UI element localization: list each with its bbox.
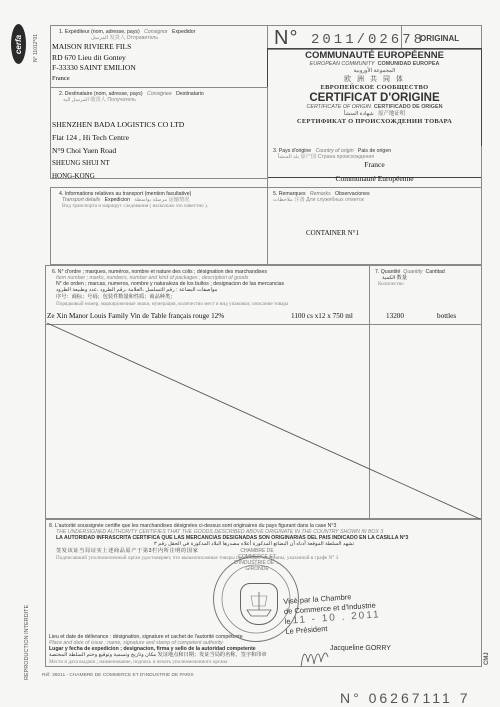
footer-serial: N° 06267111 7	[340, 690, 471, 706]
place-date-other: مكان وتاريخ وتسمية وتوقيع وختم السلطة ال…	[49, 652, 267, 658]
consignor-line: RD 670 Lieu dit Gontey	[52, 53, 136, 64]
box-transport: 4. Informations relatives au transport (…	[50, 187, 268, 265]
cert-title-fr: CERTIFICAT D'ORIGINE	[268, 92, 481, 104]
cerfa-number: N° 11012*01	[33, 34, 39, 62]
community-zh: 欧 洲 共 同 体	[268, 75, 481, 84]
consignee-label-es: Destinatario	[176, 91, 204, 97]
community-en: EUROPEAN COMMUNITY	[310, 61, 375, 67]
cancel-line	[45, 322, 485, 522]
origin-country: France	[268, 160, 481, 171]
community-es: COMUNIDAD EUROPEA	[378, 61, 440, 67]
consignee-line: HONG-KONG	[52, 170, 184, 183]
consignor-line: F-33330 SAINT EMILION	[52, 63, 136, 74]
quantity-unit: bottles	[437, 311, 456, 322]
transport-label-ru: Вид транспорта и маршрут следования ( на…	[62, 203, 208, 209]
remarks-label-other: ملاحظات 注备 Для служебных отметок	[273, 197, 364, 203]
cerfa-logo: cerfa	[11, 24, 26, 64]
stamp-text: CHAMBRE DE COMMERCE ET D'INDUSTRIE DE ..…	[227, 548, 287, 572]
community-ru: ЕВРОПЕЙСКОЕ СООБЩЕСТВО	[268, 84, 481, 92]
cerfa-logo-text: cerfa	[14, 34, 23, 53]
cert-title-zh: 原产地证明	[378, 111, 405, 117]
consignor-label-other: المرسل 发货人 Отправитель	[91, 35, 158, 41]
signatory-name: Jacqueline GORRY	[330, 645, 391, 652]
consignee-label-other: المرسل اليه 收货人 Получатель	[63, 97, 136, 103]
cert-number-prefix: N°	[274, 27, 298, 50]
signature-scribble	[298, 642, 333, 672]
coat-of-arms-icon	[240, 583, 278, 625]
goods-description: Ze Xin Manor Louis Family Vin de Table f…	[47, 311, 224, 322]
consignee-line: SHEUNG SHUI NT	[52, 157, 184, 170]
cert-title-ar: شهادة المنشأ	[344, 111, 374, 117]
cert-statement-zh: 签发该证当局证实上述商品原产于第3栏内所注明的国家	[56, 548, 198, 554]
consignor-label-es: Expedidor	[172, 29, 195, 35]
footer-reference: Réf. 36011 - CHAMBRE DE COMMERCE ET D'IN…	[42, 673, 194, 678]
box-consignor: 1. Expéditeur (nom, adresse, pays) Consi…	[50, 25, 268, 88]
original-label: ORIGINAL	[420, 34, 459, 43]
cert-title-es: CERTIFICADO DE ORIGEN	[374, 104, 443, 110]
quantity-label-es: Cantitad	[426, 269, 445, 275]
community-ar: المجموعة الأوروبية	[268, 68, 481, 75]
consignor-line: France	[52, 74, 136, 83]
consignee-label-en: Consignee	[147, 91, 172, 97]
ship-icon	[241, 584, 277, 624]
box-country-origin: 3. Pays d'origine Country of origin Pais…	[267, 146, 482, 188]
cert-title-en: CERTIFICATE OF ORIGIN	[307, 104, 371, 110]
place-date-ru: Место и дата выдачи ; наименование, подп…	[49, 659, 227, 665]
visa-date-prefix: le	[284, 617, 290, 626]
consignee-address: SHENZHEN BADA LOGISTICS CO LTD Flat 124 …	[52, 118, 184, 183]
consignee-line: Flat 124 , Hi Tech Centre	[52, 131, 184, 144]
quantity-label-ru: Количество	[378, 281, 404, 287]
origin-community: Communauté Européenne	[268, 174, 481, 185]
side-text: REPRODUCTION INTERDITE	[24, 605, 30, 680]
box-remarks: 5. Remarques Remarks Observaciones ملاحظ…	[267, 187, 482, 265]
remarks-value: CONTAINER N°1	[306, 228, 359, 239]
goods-label-zh: 序号：商标；号码；包装件数量和性质；商品种类；	[56, 294, 175, 300]
consignor-address: MAISON RIVIERE FILS RD 670 Lieu dit Gont…	[52, 42, 136, 83]
goods-label-ru: Порядковый номер, маркировочные знаки, н…	[56, 301, 288, 307]
quantity-value: 13200	[386, 311, 404, 322]
consignor-line: MAISON RIVIERE FILS	[52, 42, 136, 53]
box-consignee: 2. Destinataire (nom, adresse, pays) Con…	[50, 87, 268, 179]
consignee-line: SHENZHEN BADA LOGISTICS CO LTD	[52, 118, 184, 131]
printer-mark: CMJ	[484, 652, 490, 665]
goods-packages: 1100 cs x12 x 750 ml	[291, 311, 353, 322]
consignee-line: N°9 Choi Yuen Road	[52, 144, 184, 157]
cert-number-box: N° 2011/02678	[267, 25, 402, 50]
visa-block: Visé par la Chambre de Commerce et d'Ind…	[283, 590, 382, 637]
community-fr: COMMUNAUTÉ EUROPÉENNE	[268, 51, 481, 61]
cert-title-ru: СЕРТИФИКАТ О ПРОИСХОЖДЕНИИ ТОВАРА	[268, 118, 481, 126]
original-box: ORIGINAL	[401, 25, 482, 50]
goods-label-ar: مواصفات البضاعة : رقم التسلسل ،العلامة ،…	[56, 287, 217, 293]
cert-statement-ar: تشهد السلطة الموقعة أدناه أن البضائع الم…	[154, 541, 354, 547]
